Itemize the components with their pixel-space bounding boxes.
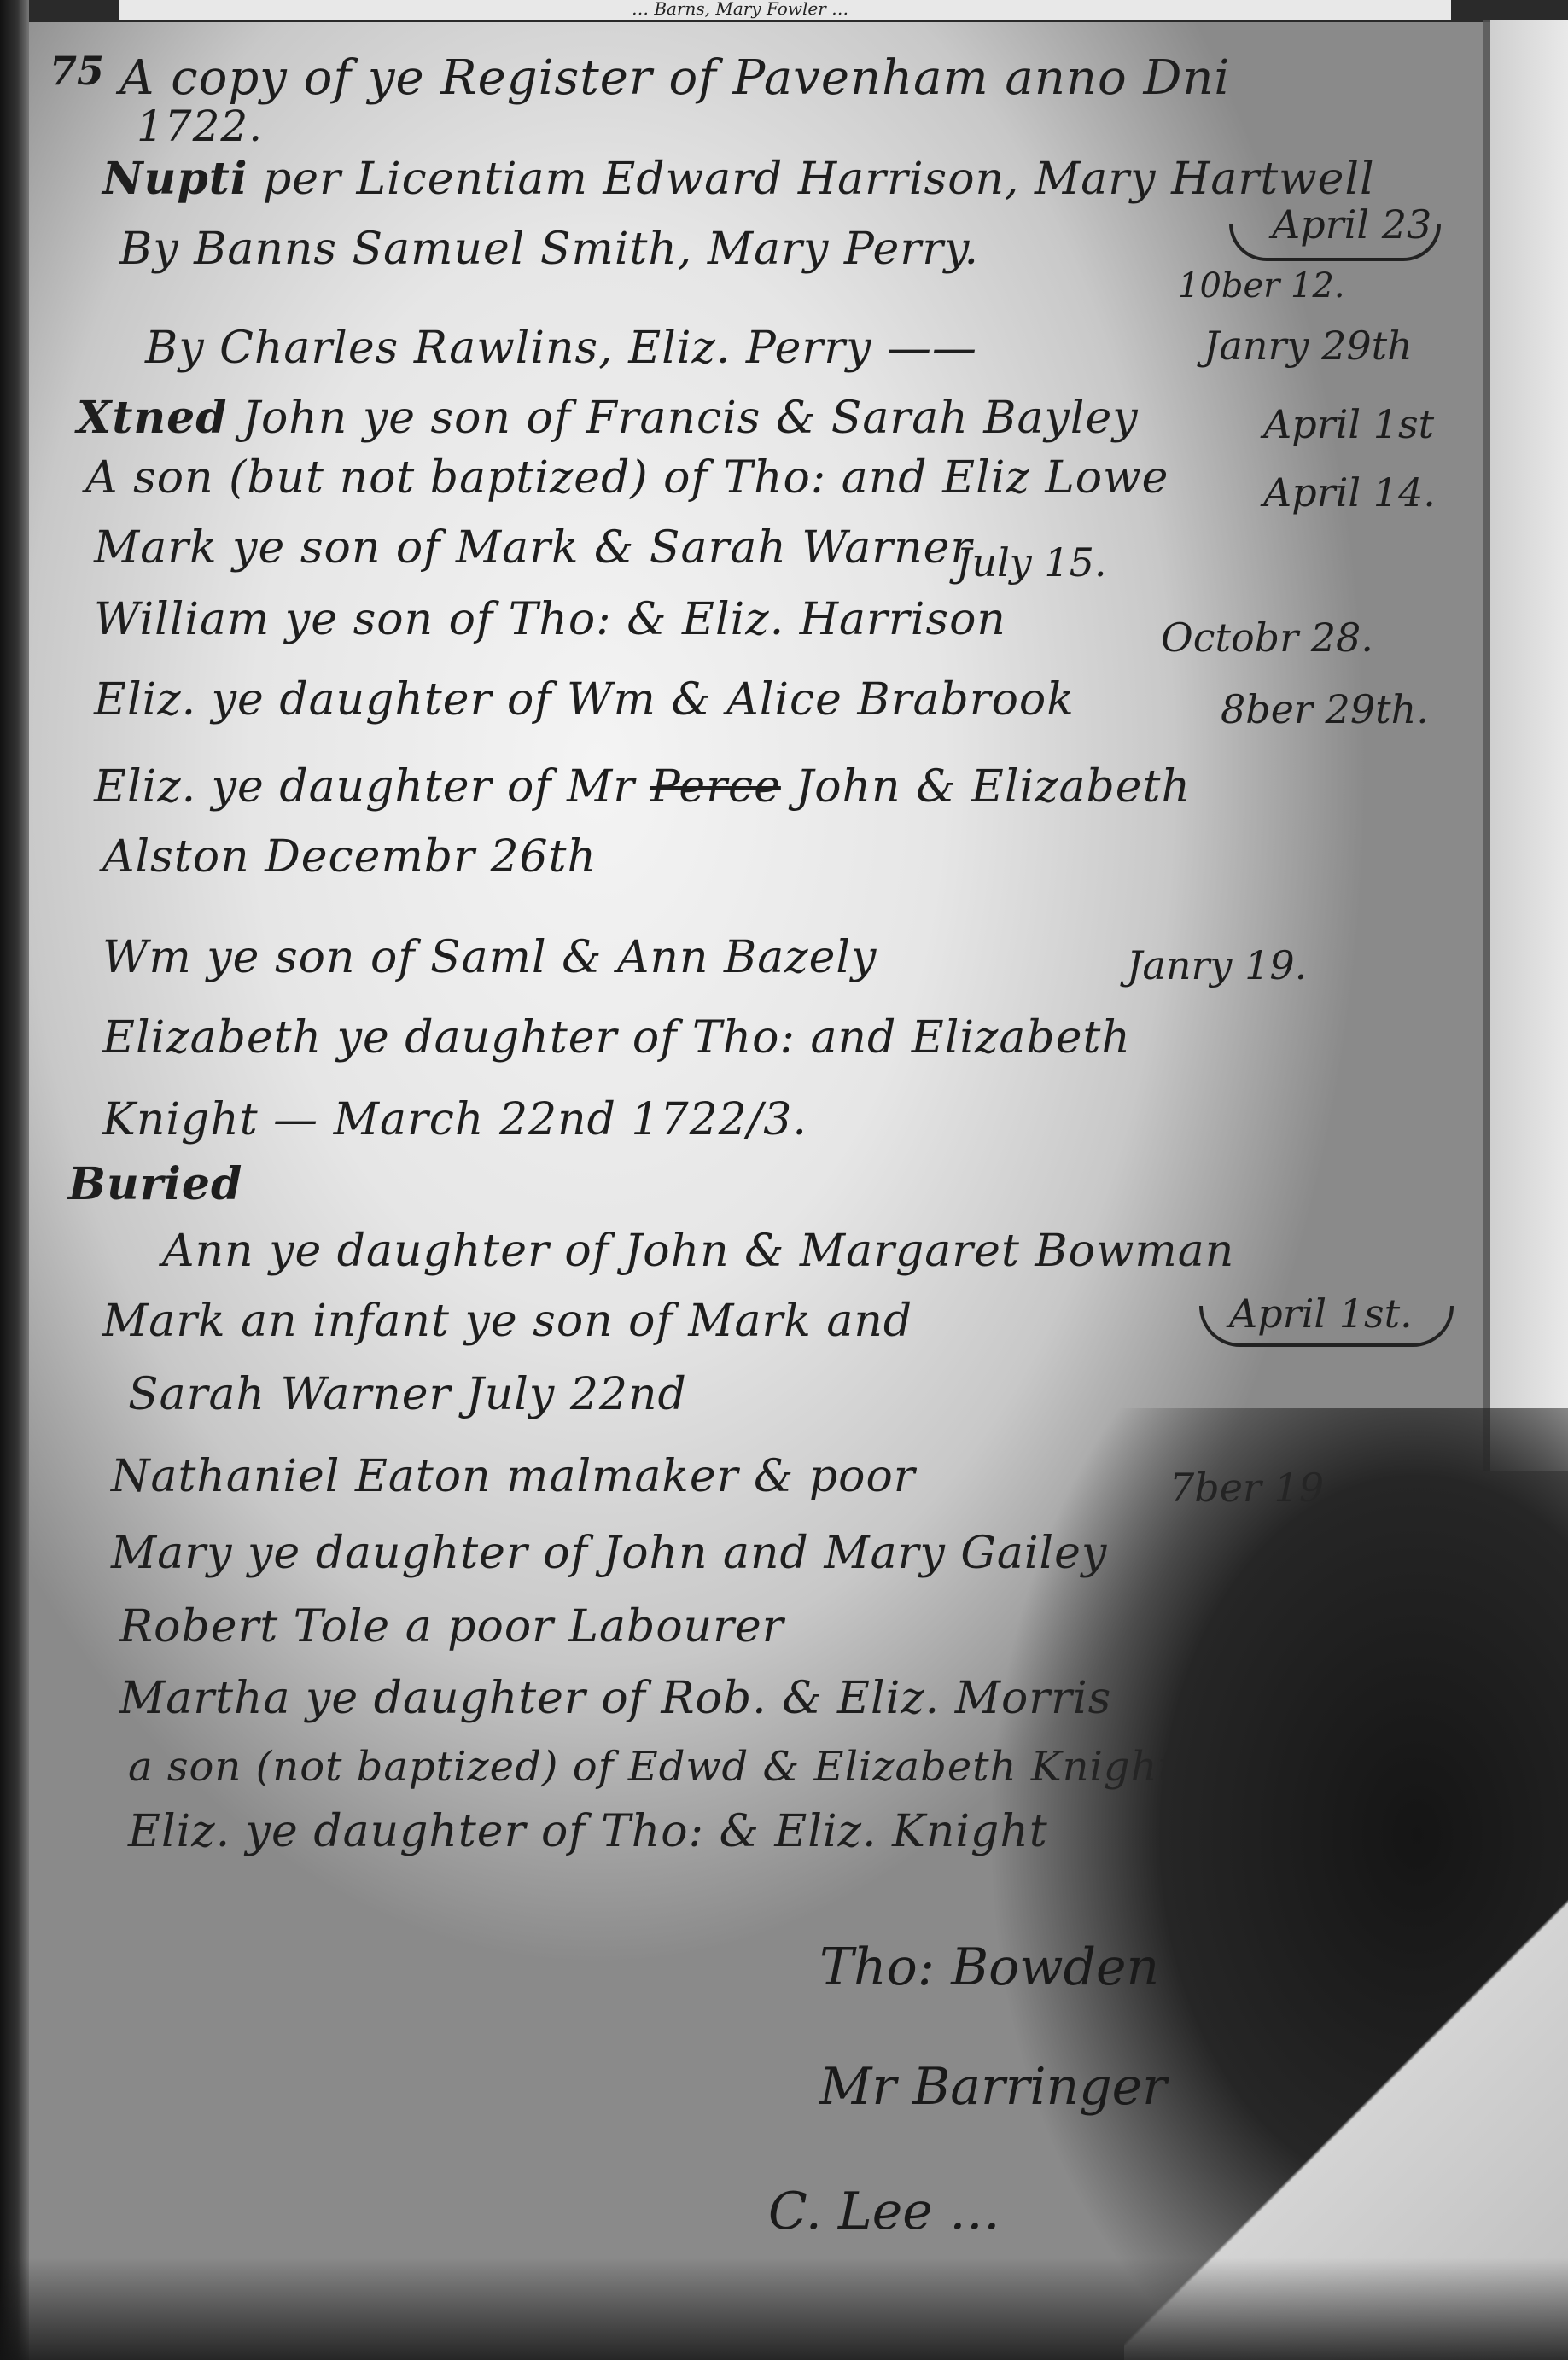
christening-date: Decembr 26th	[265, 831, 597, 883]
christening-text: John ye son of Francis & Sarah Bayley	[242, 393, 1139, 444]
burial-text: Sarah Warner	[128, 1369, 451, 1420]
burial-entry: Nathaniel Eaton malmaker & poor	[111, 1451, 916, 1502]
christening-date: Octobr 28.	[1161, 615, 1373, 661]
christening-entry: Eliz. ye daughter of Mr Perce John & Eli…	[94, 761, 1191, 813]
christening-text: John & Elizabeth	[796, 761, 1191, 813]
left-binding-shadow	[0, 0, 29, 2360]
page-number: 75	[50, 48, 104, 94]
burial-entry: Robert Tole a poor Labourer	[119, 1601, 784, 1652]
struck-word: Perce	[650, 761, 781, 813]
burials-heading: Buried	[68, 1159, 242, 1210]
marriage-prefix: per Licentiam	[263, 154, 588, 205]
marriage-entry: By Charles Rawlins, Eliz. Perry ——	[145, 323, 977, 374]
top-edge-strip: … Barns, Mary Fowler …	[0, 0, 1568, 22]
marriage-names: Charles Rawlins, Eliz. Perry ——	[219, 323, 977, 374]
christening-entry: Xtned John ye son of Francis & Sarah Bay…	[77, 393, 1139, 444]
christening-entry: Elizabeth ye daughter of Tho: and Elizab…	[102, 1012, 1131, 1063]
signature: C. Lee …	[768, 2182, 1000, 2241]
christening-date: April 14.	[1263, 469, 1436, 516]
christening-entry: Mark ye son of Mark & Sarah Warner	[94, 522, 972, 574]
christening-text: Alston	[102, 831, 250, 883]
marriage-entry: Nupti per Licentiam Edward Harrison, Mar…	[102, 154, 1375, 205]
register-year: 1722.	[137, 101, 263, 152]
marriage-prefix: By	[145, 323, 205, 374]
marriage-prefix: By Banns	[119, 224, 337, 275]
christening-date: March 22nd 1722/3.	[334, 1094, 807, 1145]
burial-entry: Ann ye daughter of John & Margaret Bowma…	[162, 1226, 1234, 1277]
burial-entry: Mark an infant ye son of Mark and	[102, 1296, 912, 1347]
page-border	[1483, 20, 1490, 1471]
burial-entry: Eliz. ye daughter of Tho: & Eliz. Knight	[128, 1806, 1048, 1857]
bottom-shadow	[0, 2258, 1568, 2360]
marriage-date: Janry 29th	[1204, 323, 1413, 369]
marriage-names: Samuel Smith, Mary Perry.	[353, 224, 980, 275]
signature: Mr Barringer	[819, 2057, 1167, 2117]
burial-date: July 22nd	[466, 1369, 687, 1420]
previous-page-fragment: … Barns, Mary Fowler …	[119, 0, 1451, 20]
marriage-names: Edward Harrison, Mary Hartwell	[603, 154, 1374, 205]
christening-entry: A son (but not baptized) of Tho: and Eli…	[85, 452, 1169, 504]
christening-date: April 1st	[1263, 401, 1434, 447]
christening-date: 8ber 29th.	[1221, 686, 1429, 732]
christening-entry: William ye son of Tho: & Eliz. Harrison	[94, 594, 1006, 645]
christening-entry: Alston Decembr 26th	[102, 831, 597, 883]
christening-text: Eliz. ye daughter of Mr	[94, 761, 635, 813]
christening-entry: Wm ye son of Saml & Ann Bazely	[102, 932, 877, 983]
christening-entry: Knight — March 22nd 1722/3.	[102, 1094, 807, 1145]
register-title: A copy of ye Register of Pavenham anno D…	[119, 53, 1230, 104]
christenings-heading: Xtned	[77, 392, 228, 444]
bracket-note: 10ber 12.	[1178, 266, 1345, 306]
marriages-heading: Nupti	[102, 153, 248, 205]
burial-entry: Sarah Warner July 22nd	[128, 1369, 687, 1420]
signature: Tho: Bowden	[819, 1938, 1159, 1997]
marriage-entry: By Banns Samuel Smith, Mary Perry.	[119, 224, 979, 275]
christening-date: July 15.	[956, 539, 1107, 586]
right-page-margin	[1490, 20, 1568, 1471]
christening-text: Wm ye son of Saml & Ann Bazely	[102, 932, 877, 983]
christening-date: Janry 19.	[1127, 942, 1307, 988]
bracket-mark	[1229, 224, 1441, 261]
christening-text: Knight —	[102, 1094, 318, 1145]
christening-entry: Eliz. ye daughter of Wm & Alice Brabrook	[94, 674, 1075, 725]
bracket-mark	[1199, 1306, 1454, 1347]
